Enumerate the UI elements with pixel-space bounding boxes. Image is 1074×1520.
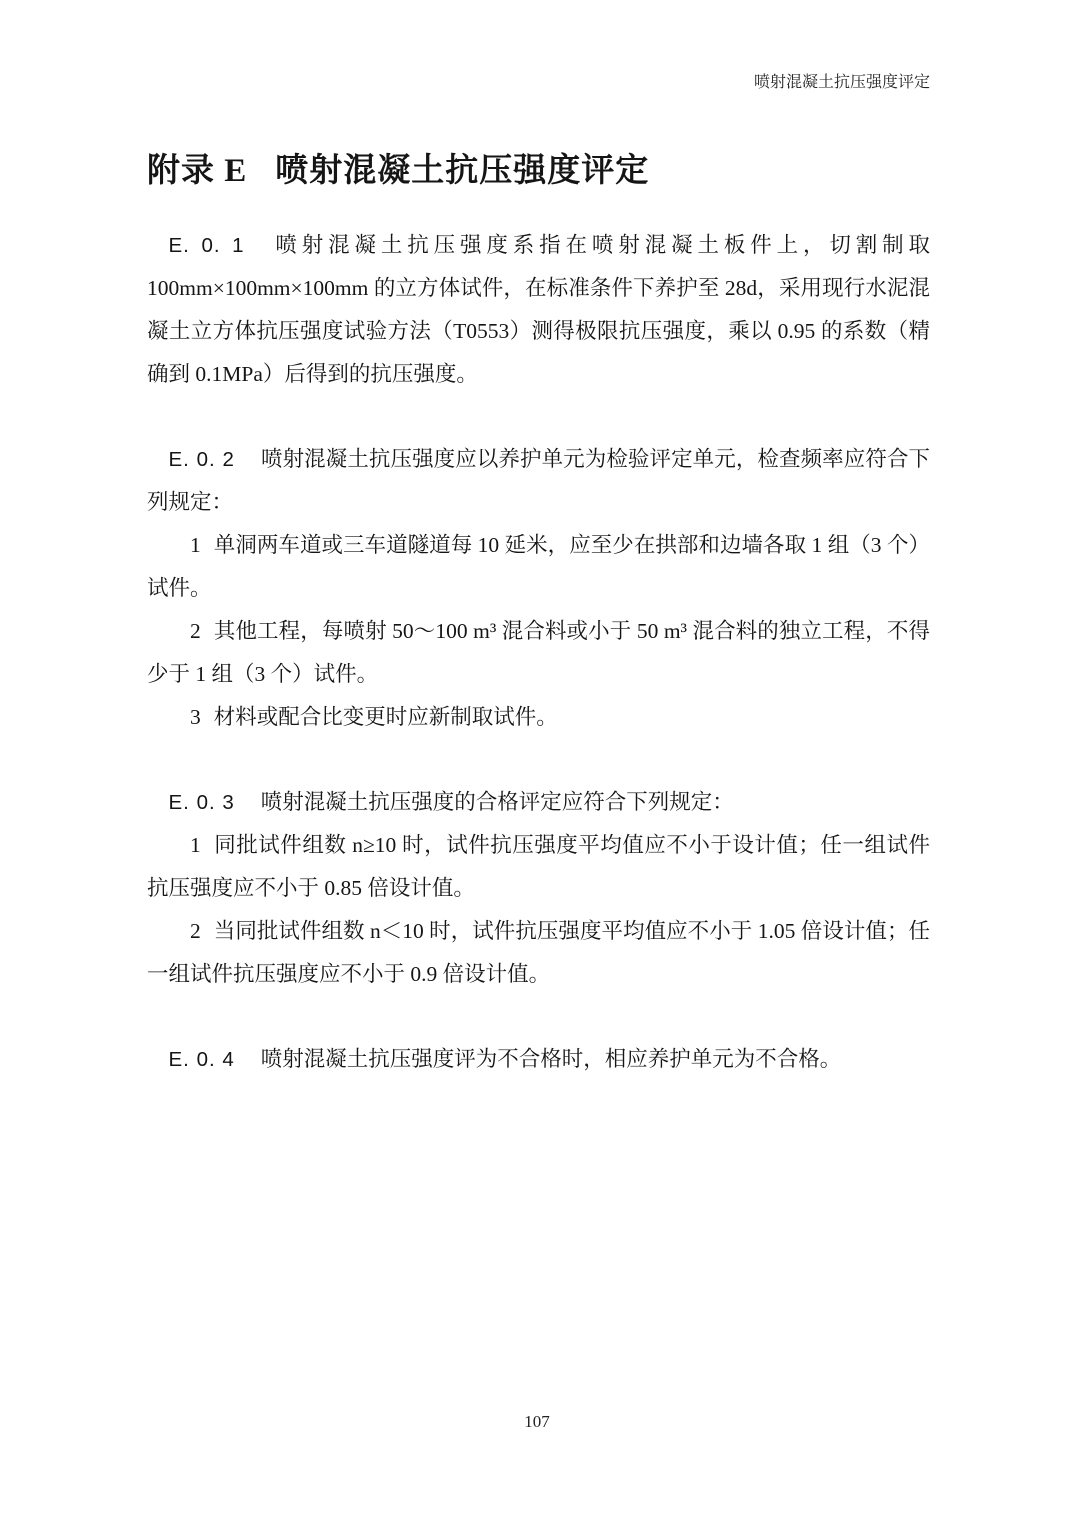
- item-number: 2: [190, 919, 201, 943]
- list-item: 2其他工程，每喷射 50～100 m³ 混合料或小于 50 m³ 混合料的独立工…: [147, 610, 930, 696]
- page-content: 附录 E喷射混凝土抗压强度评定 E. 0. 1喷射混凝土抗压强度系指在喷射混凝土…: [0, 148, 1074, 1081]
- section-text: 喷射混凝土抗压强度的合格评定应符合下列规定：: [261, 790, 734, 814]
- section-paragraph: E. 0. 4喷射混凝土抗压强度评为不合格时，相应养护单元为不合格。: [147, 1038, 930, 1081]
- page-number: 107: [524, 1412, 550, 1431]
- section-paragraph: E. 0. 3喷射混凝土抗压强度的合格评定应符合下列规定：: [147, 781, 930, 824]
- running-header-text: 喷射混凝土抗压强度评定: [754, 74, 930, 91]
- page-title: 附录 E喷射混凝土抗压强度评定: [147, 148, 930, 194]
- list-item: 1同批试件组数 n≥10 时，试件抗压强度平均值应不小于设计值；任一组试件抗压强…: [147, 824, 930, 910]
- item-text: 单洞两车道或三车道隧道每 10 延米，应至少在拱部和边墙各取 1 组（3 个）试…: [147, 533, 930, 600]
- item-number: 3: [190, 705, 201, 729]
- page-footer: 107: [0, 1412, 1074, 1432]
- item-number: 2: [190, 619, 201, 643]
- list-item: 3材料或配合比变更时应新制取试件。: [147, 696, 930, 739]
- running-header: 喷射混凝土抗压强度评定: [0, 0, 1074, 92]
- item-text: 同批试件组数 n≥10 时，试件抗压强度平均值应不小于设计值；任一组试件抗压强度…: [147, 833, 930, 900]
- title-text: 喷射混凝土抗压强度评定: [275, 153, 649, 189]
- section-paragraph: E. 0. 1喷射混凝土抗压强度系指在喷射混凝土板件上，切割制取 100mm×1…: [147, 224, 930, 396]
- section-text: 喷射混凝土抗压强度系指在喷射混凝土板件上，切割制取 100mm×100mm×10…: [147, 233, 930, 386]
- section-text: 喷射混凝土抗压强度应以养护单元为检验评定单元，检查频率应符合下列规定：: [147, 447, 930, 514]
- item-text: 当同批试件组数 n＜10 时，试件抗压强度平均值应不小于 1.05 倍设计值；任…: [147, 919, 930, 986]
- item-number: 1: [190, 533, 201, 557]
- section-paragraph: E. 0. 2喷射混凝土抗压强度应以养护单元为检验评定单元，检查频率应符合下列规…: [147, 438, 930, 524]
- title-appendix-label: 附录 E: [147, 153, 247, 189]
- item-text: 其他工程，每喷射 50～100 m³ 混合料或小于 50 m³ 混合料的独立工程…: [147, 619, 930, 686]
- list-item: 2当同批试件组数 n＜10 时，试件抗压强度平均值应不小于 1.05 倍设计值；…: [147, 910, 930, 996]
- item-text: 材料或配合比变更时应新制取试件。: [214, 705, 558, 729]
- document-page: 喷射混凝土抗压强度评定 附录 E喷射混凝土抗压强度评定 E. 0. 1喷射混凝土…: [0, 0, 1074, 1520]
- section-label: E. 0. 4: [169, 1048, 235, 1071]
- section-label: E. 0. 1: [169, 234, 245, 257]
- list-item: 1单洞两车道或三车道隧道每 10 延米，应至少在拱部和边墙各取 1 组（3 个）…: [147, 524, 930, 610]
- section-text: 喷射混凝土抗压强度评为不合格时，相应养护单元为不合格。: [261, 1047, 842, 1071]
- item-number: 1: [190, 833, 201, 857]
- section-label: E. 0. 3: [169, 791, 235, 814]
- section-label: E. 0. 2: [169, 448, 235, 471]
